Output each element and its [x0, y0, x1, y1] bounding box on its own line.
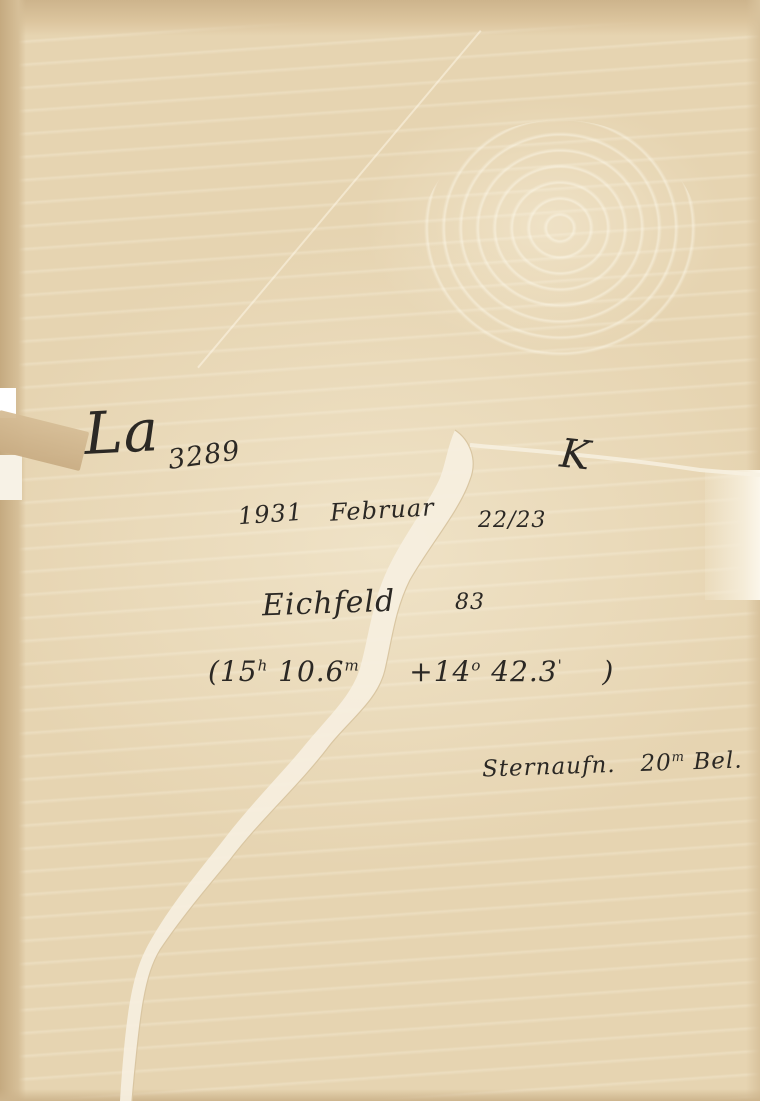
date-days: 22/23	[478, 508, 546, 533]
left-edge-notch-lower	[0, 455, 22, 500]
ra-hours: 15	[220, 655, 258, 688]
coordinates: (15h 10.6m +14o 42.3' )	[208, 655, 614, 688]
exposure-label: Sternaufn.	[482, 752, 616, 783]
exposure-duration-unit: m	[671, 750, 685, 765]
field-number: 83	[455, 590, 485, 615]
catalog-prefix: La	[82, 396, 161, 468]
ra-hours-unit: h	[258, 657, 269, 675]
catalog-mark: K	[558, 431, 594, 480]
dec-degree-unit: o	[471, 657, 481, 675]
right-torn-flap	[705, 470, 760, 600]
envelope-paper: La 3289 K 1931 Februar 22/23 Eichfeld 83…	[0, 0, 760, 1101]
exposure-duration: 20	[640, 750, 672, 777]
field-name: Eichfeld	[261, 584, 395, 624]
dec-minutes: 42.3	[491, 655, 557, 688]
dec-minutes-unit: '	[558, 657, 563, 675]
date-month: Februar	[329, 493, 435, 526]
ra-minutes-unit: m	[345, 657, 360, 675]
envelope-left-edge	[0, 0, 26, 1101]
envelope-top-edge	[0, 0, 760, 36]
ra-minutes: 10.6	[278, 655, 344, 688]
date-year: 1931	[237, 498, 304, 530]
coord-close-paren: )	[602, 655, 614, 688]
coord-open-paren: (	[208, 655, 220, 688]
exposure-note-text: Bel.	[693, 747, 743, 775]
dec-degrees: +14	[409, 655, 471, 688]
paper-swirl-pattern	[420, 120, 700, 360]
envelope-bottom-edge	[0, 1089, 760, 1101]
